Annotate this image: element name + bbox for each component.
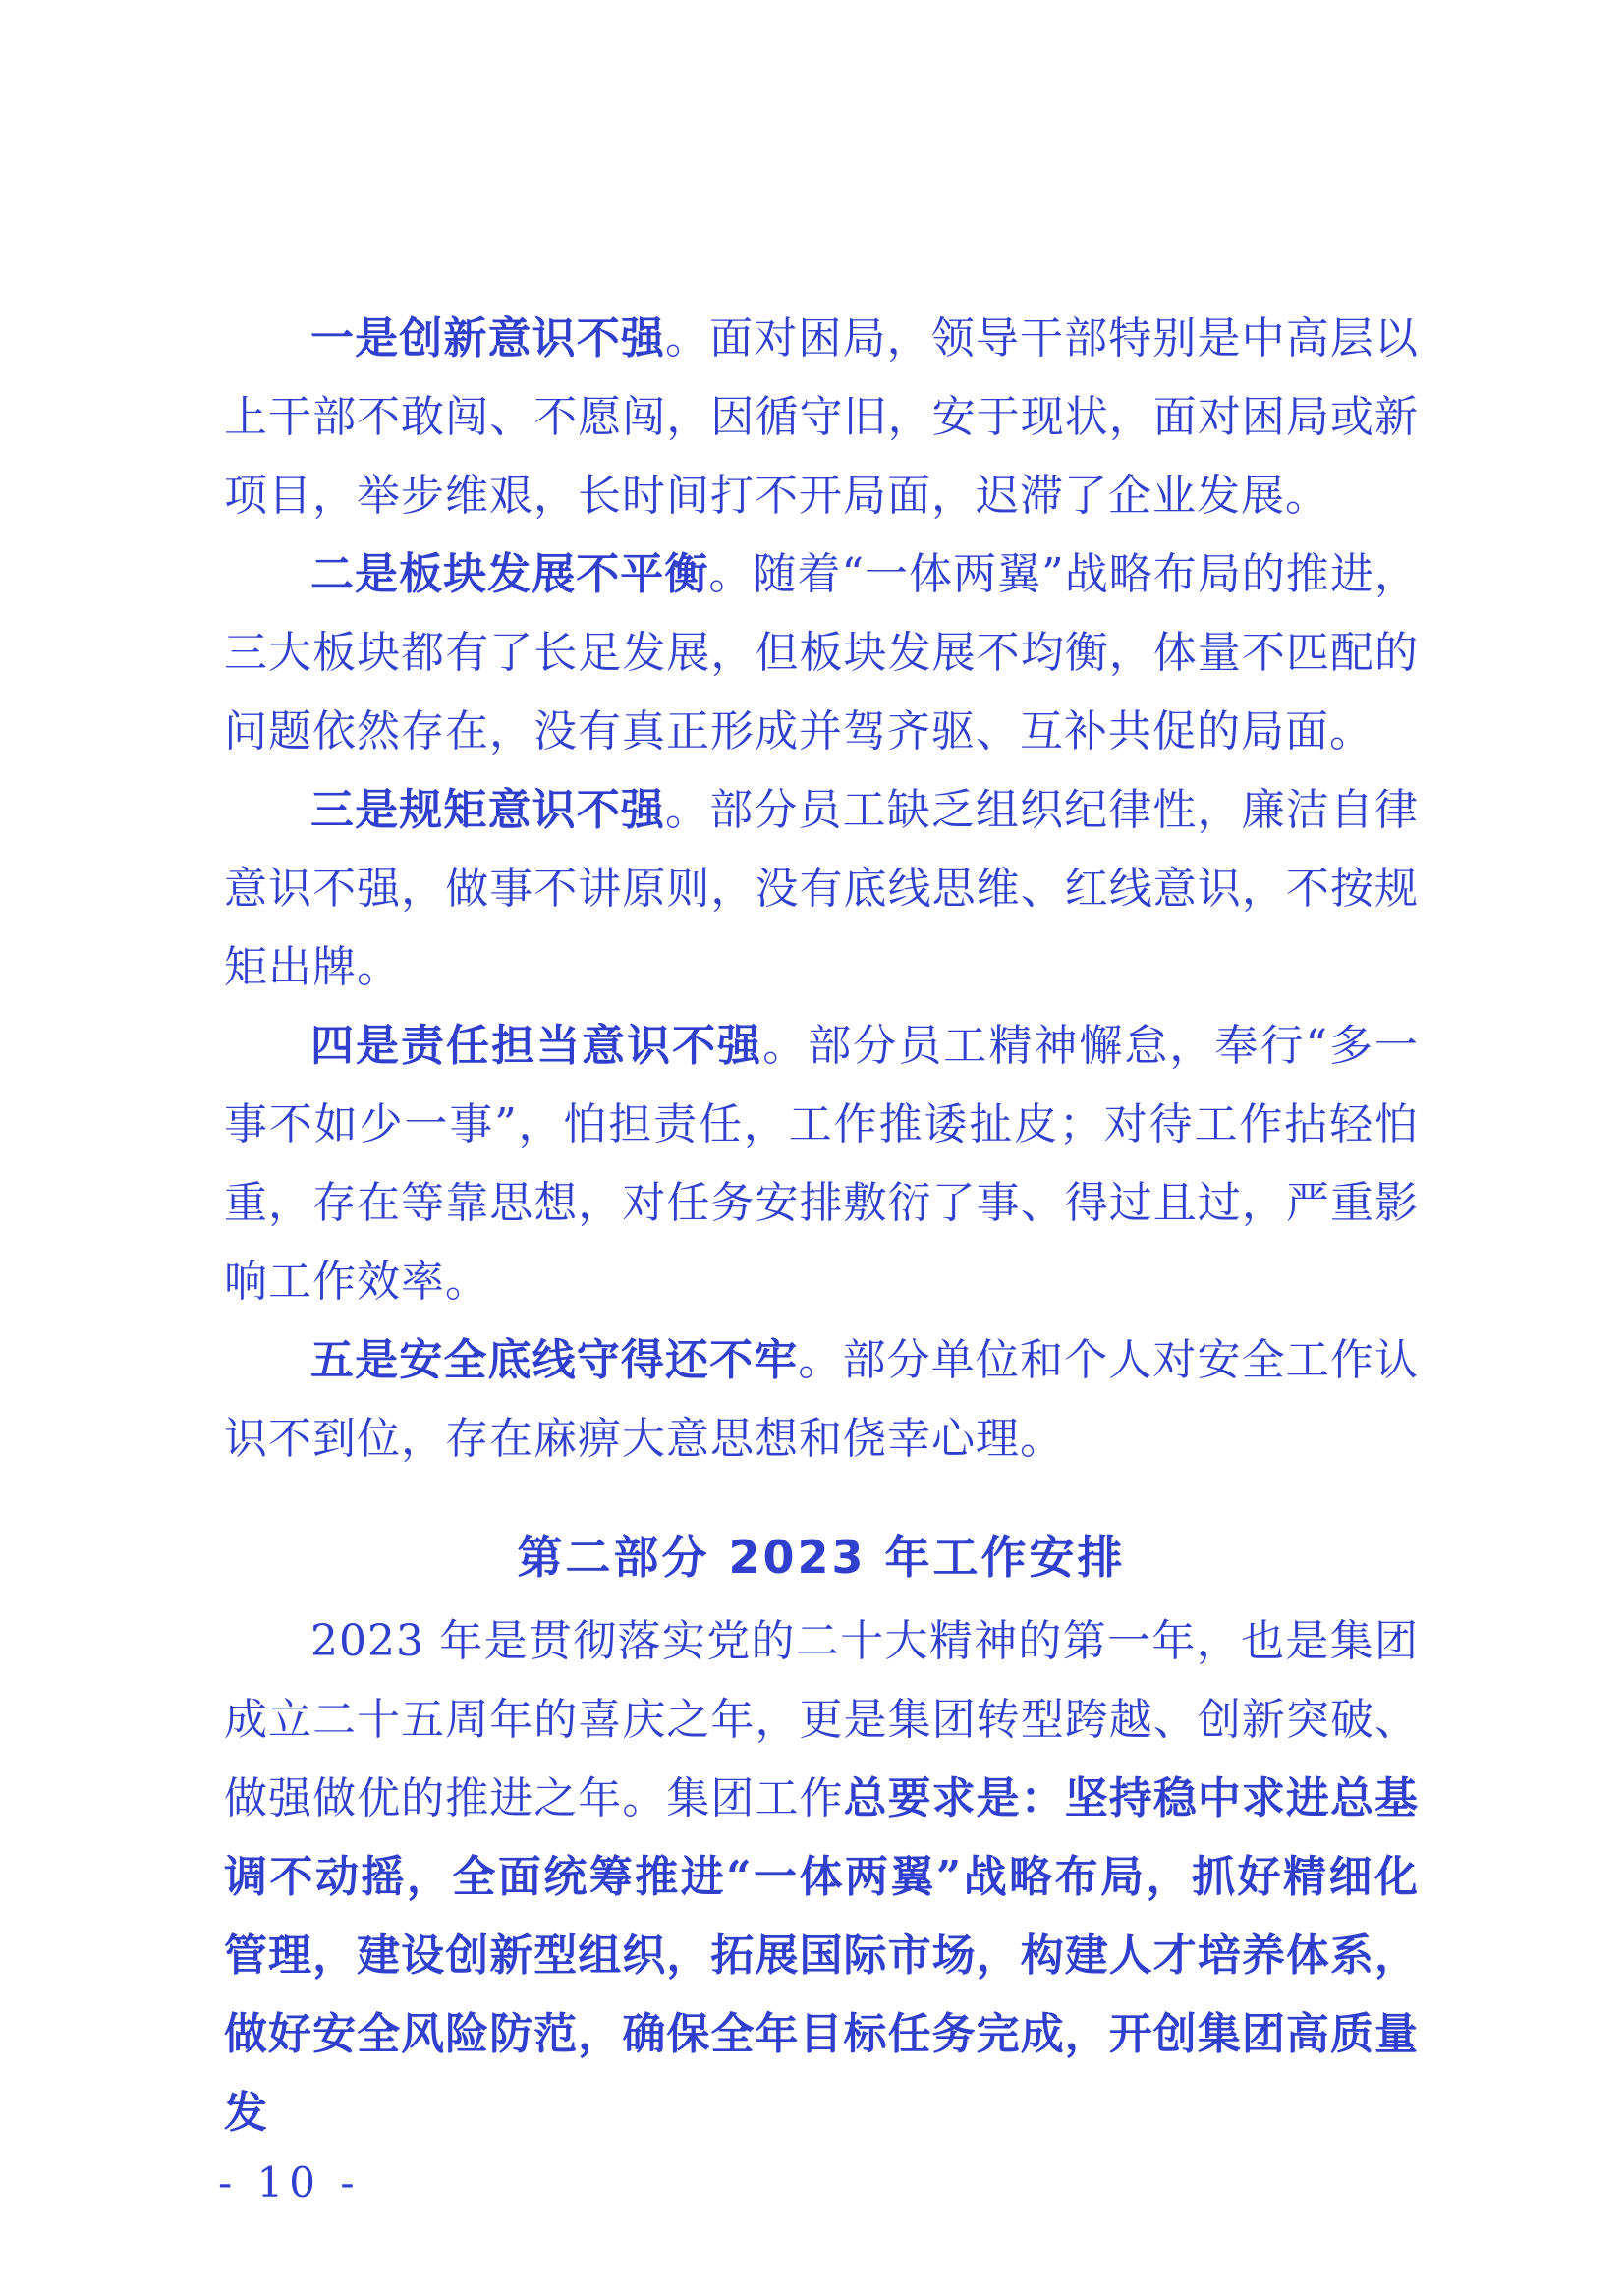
paragraph-lead: 二是板块发展不平衡 — [310, 549, 708, 599]
paragraph-issue-3: 三是规矩意识不强。部分员工缺乏组织纪律性，廉洁自律意识不强，做事不讲原则，没有底… — [224, 771, 1419, 1007]
paragraph-bold-requirements: 总要求是：坚持稳中求进总基调不动摇，全面统筹推进“一体两翼”战略布局，抓好精细化… — [224, 1773, 1419, 2138]
document-page: 一是创新意识不强。面对困局，领导干部特别是中高层以上干部不敢闯、不愿闯，因循守旧… — [0, 0, 1624, 2296]
document-body: 一是创新意识不强。面对困局，领导干部特别是中高层以上干部不敢闯、不愿闯，因循守旧… — [224, 300, 1419, 2153]
paragraph-issue-4: 四是责任担当意识不强。部分员工精神懈怠，奉行“多一事不如少一事”，怕担责任，工作… — [224, 1007, 1419, 1321]
page-number: - 10 - — [218, 2159, 361, 2207]
paragraph-lead: 三是规矩意识不强 — [310, 785, 665, 835]
paragraph-issue-5: 五是安全底线守得还不牢。部分单位和个人对安全工作认识不到位，存在麻痹大意思想和侥… — [224, 1321, 1419, 1479]
paragraph-lead: 一是创新意识不强 — [310, 313, 665, 364]
section-heading: 第二部分 2023 年工作安排 — [224, 1518, 1419, 1596]
paragraph-lead: 四是责任担当意识不强 — [310, 1021, 762, 1071]
paragraph-issue-1: 一是创新意识不强。面对困局，领导干部特别是中高层以上干部不敢闯、不愿闯，因循守旧… — [224, 300, 1419, 535]
paragraph-issue-2: 二是板块发展不平衡。随着“一体两翼”战略布局的推进，三大板块都有了长足发展，但板… — [224, 535, 1419, 771]
paragraph-work-plan: 2023 年是贯彻落实党的二十大精神的第一年，也是集团成立二十五周年的喜庆之年，… — [224, 1602, 1419, 2153]
paragraph-lead: 五是安全底线守得还不牢 — [310, 1335, 798, 1385]
